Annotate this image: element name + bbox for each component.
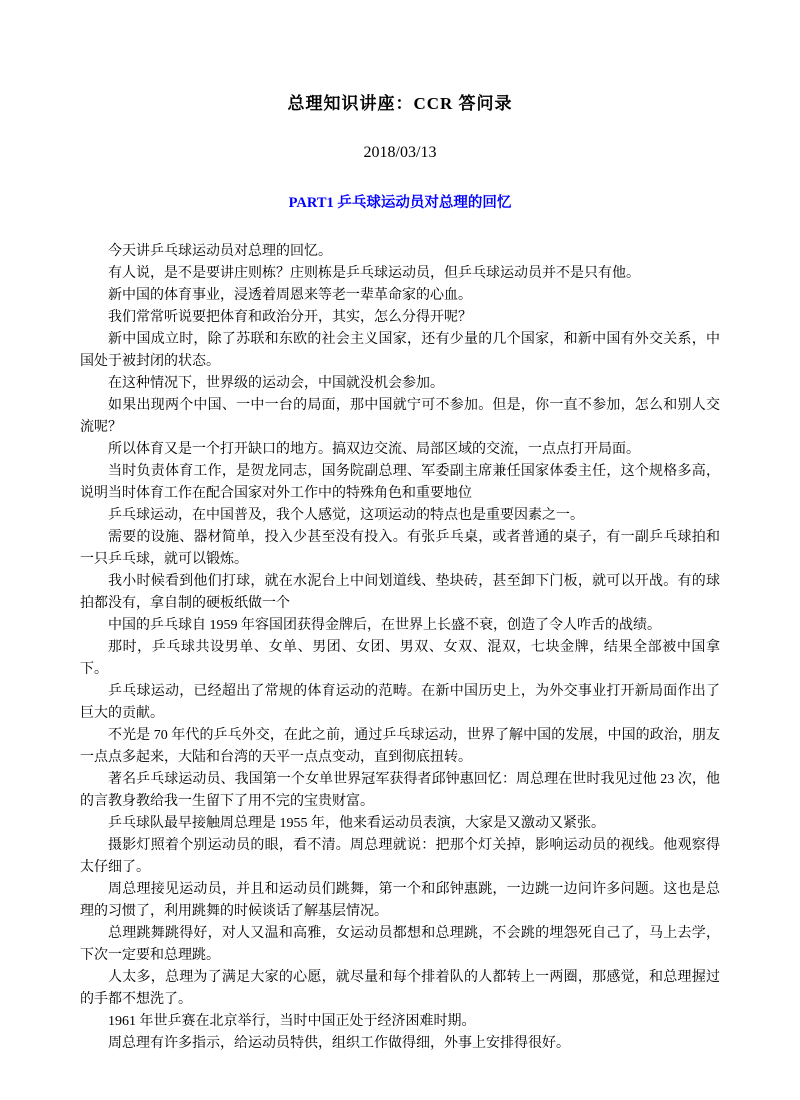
paragraph: 新中国成立时，除了苏联和东欧的社会主义国家，还有少量的几个国家，和新中国有外交关… <box>80 329 720 373</box>
paragraph: 中国的乒乓球自 1959 年容国团获得金牌后，在世界上长盛不衰，创造了令人咋舌的… <box>80 615 720 637</box>
paragraph: 周总理接见运动员，并且和运动员们跳舞，第一个和邱钟惠跳，一边跳一边问许多问题。这… <box>80 879 720 923</box>
paragraph: 新中国的体育事业，浸透着周恩来等老一辈革命家的心血。 <box>80 285 720 307</box>
paragraph: 所以体育又是一个打开缺口的地方。搞双边交流、局部区域的交流，一点点打开局面。 <box>80 439 720 461</box>
document-body: 今天讲乒乓球运动员对总理的回忆。有人说，是不是要讲庄则栋？庄则栋是乒乓球运动员，… <box>80 241 720 1055</box>
paragraph: 不光是 70 年代的乒乓外交，在此之前，通过乒乓球运动，世界了解中国的发展，中国… <box>80 725 720 769</box>
document-page: 总理知识讲座：CCR 答问录 2018/03/13 PART1 乒乓球运动员对总… <box>0 0 800 1100</box>
paragraph: 著名乒乓球运动员、我国第一个女单世界冠军获得者邱钟惠回忆：周总理在世时我见过他 … <box>80 769 720 813</box>
paragraph: 我小时候看到他们打球，就在水泥台上中间划道线、垫块砖，甚至卸下门板，就可以开战。… <box>80 571 720 615</box>
document-date: 2018/03/13 <box>80 142 720 164</box>
section-heading: PART1 乒乓球运动员对总理的回忆 <box>80 193 720 213</box>
paragraph: 在这种情况下，世界级的运动会，中国就没机会参加。 <box>80 373 720 395</box>
paragraph: 如果出现两个中国、一中一台的局面，那中国就宁可不参加。但是，你一直不参加，怎么和… <box>80 395 720 439</box>
paragraph: 当时负责体育工作，是贺龙同志，国务院副总理、军委副主席兼任国家体委主任，这个规格… <box>80 461 720 505</box>
paragraph: 我们常常听说要把体育和政治分开，其实，怎么分得开呢？ <box>80 307 720 329</box>
paragraph: 乒乓球队最早接触周总理是 1955 年，他来看运动员表演，大家是又激动又紧张。 <box>80 813 720 835</box>
paragraph: 总理跳舞跳得好，对人又温和高雅，女运动员都想和总理跳，不会跳的埋怨死自己了，马上… <box>80 923 720 967</box>
paragraph: 需要的设施、器材简单，投入少甚至没有投入。有张乒乓桌，或者普通的桌子，有一副乒乓… <box>80 527 720 571</box>
paragraph: 人太多，总理为了满足大家的心愿，就尽量和每个排着队的人都转上一两圈，那感觉，和总… <box>80 967 720 1011</box>
paragraph: 那时，乒乓球共设男单、女单、男团、女团、男双、女双、混双，七块金牌，结果全部被中… <box>80 637 720 681</box>
document-title: 总理知识讲座：CCR 答问录 <box>80 93 720 115</box>
paragraph: 有人说，是不是要讲庄则栋？庄则栋是乒乓球运动员，但乒乓球运动员并不是只有他。 <box>80 263 720 285</box>
paragraph: 乒乓球运动，在中国普及，我个人感觉，这项运动的特点也是重要因素之一。 <box>80 505 720 527</box>
paragraph: 今天讲乒乓球运动员对总理的回忆。 <box>80 241 720 263</box>
paragraph: 乒乓球运动，已经超出了常规的体育运动的范畴。在新中国历史上，为外交事业打开新局面… <box>80 681 720 725</box>
paragraph: 周总理有许多指示，给运动员特供，组织工作做得细，外事上安排得很好。 <box>80 1033 720 1055</box>
paragraph: 摄影灯照着个别运动员的眼，看不清。周总理就说：把那个灯关掉，影响运动员的视线。他… <box>80 835 720 879</box>
paragraph: 1961 年世乒赛在北京举行，当时中国正处于经济困难时期。 <box>80 1011 720 1033</box>
